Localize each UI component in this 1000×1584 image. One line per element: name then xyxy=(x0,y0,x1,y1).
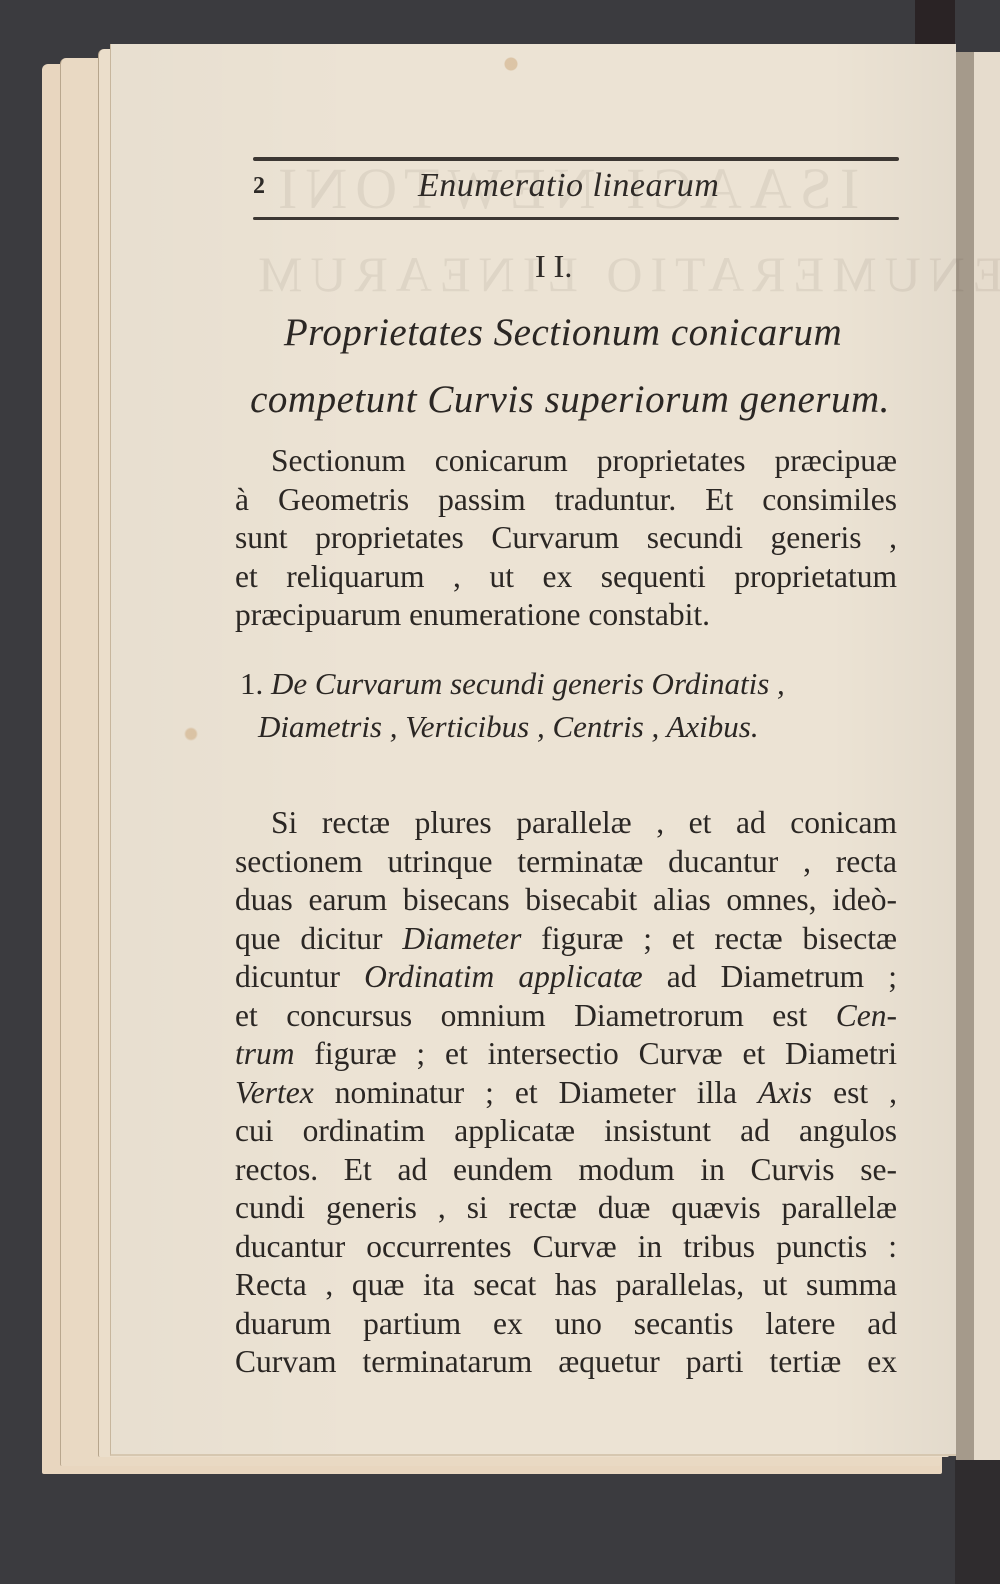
text-run: est , xyxy=(812,1075,897,1110)
text-line: à Geometris passim traduntur. Et consimi… xyxy=(235,481,897,520)
text-line: et reliquarum , ut ex sequenti proprieta… xyxy=(235,558,897,597)
section-title-line: Proprietates Sectionum conicarum xyxy=(258,310,868,355)
text-line: Recta , quæ ita secat has parallelas, ut… xyxy=(235,1266,897,1305)
binding-shadow-bottom xyxy=(955,1460,1000,1584)
text-run: dicuntur xyxy=(235,959,364,994)
text-line: et concursus omnium Diametrorum est Cen- xyxy=(235,997,897,1036)
text-line: duarum partium ex uno secantis latere ad xyxy=(235,1305,897,1344)
running-head: 2 Enumeratio linearum xyxy=(253,163,899,213)
section-number: I I. xyxy=(535,248,572,285)
text-run: figuræ ; et intersectio Curvæ et Diametr… xyxy=(295,1036,897,1071)
item-heading: Diametris , Verticibus , Centris , Axibu… xyxy=(258,706,918,748)
show-through-text: ENUMERATIO LINEARUM xyxy=(250,245,1000,303)
text-run: nominatur ; et Diameter illa xyxy=(314,1075,758,1110)
text-line: Sectionum conicarum proprietates præcipu… xyxy=(235,442,897,481)
text-line: rectos. Et ad eundem modum in Curvis se- xyxy=(235,1151,897,1190)
text-run: ad Diametrum ; xyxy=(643,959,897,994)
term-centrum: Cen- xyxy=(836,998,897,1033)
text-line: trum figuræ ; et intersectio Curvæ et Di… xyxy=(235,1035,897,1074)
text-line: Curvam terminatarum æquetur parti tertiæ… xyxy=(235,1343,897,1382)
term-diameter: Diameter xyxy=(402,921,521,956)
term-centrum: trum xyxy=(235,1036,295,1071)
text-line: sectionem utrinque terminatæ ducantur , … xyxy=(235,843,897,882)
text-run: et concursus omnium Diametrorum est xyxy=(235,998,836,1033)
section-title-line: competunt Curvis superiorum generum. xyxy=(240,377,900,422)
item-heading-text: De Curvarum secundi generis Ordinatis , xyxy=(271,666,785,701)
text-line: duas earum bisecans bisecabit alias omne… xyxy=(235,881,897,920)
text-line: Si rectæ plures parallelæ , et ad conica… xyxy=(235,804,897,843)
text-line: dicuntur Ordinatim applicatæ ad Diametru… xyxy=(235,958,897,997)
term-axis: Axis xyxy=(758,1075,812,1110)
text-line: cui ordinatim applicatæ insistunt ad ang… xyxy=(235,1112,897,1151)
running-title: Enumeratio linearum xyxy=(418,167,719,205)
text-line: que dicitur Diameter figuræ ; et rectæ b… xyxy=(235,920,897,959)
paragraph-intro: Sectionum conicarum proprietates præcipu… xyxy=(235,442,897,635)
item-heading: 1. De Curvarum secundi generis Ordinatis… xyxy=(240,663,900,705)
item-heading-text: Diametris , Verticibus , Centris , Axibu… xyxy=(258,709,759,744)
text-run: que dicitur xyxy=(235,921,402,956)
term-ordinatim-applicatae: Ordinatim applicatæ xyxy=(364,959,642,994)
text-line: sunt proprietates Curvarum secundi gener… xyxy=(235,519,897,558)
page-number: 2 xyxy=(253,173,265,200)
text-line: ducantur occurrentes Curvæ in tribus pun… xyxy=(235,1228,897,1267)
paragraph-diameters: Si rectæ plures parallelæ , et ad conica… xyxy=(235,804,897,1382)
text-run: figuræ ; et rectæ bisectæ xyxy=(521,921,897,956)
item-number: 1. xyxy=(240,666,263,701)
text-line: præcipuarum enumeratione constabit. xyxy=(235,596,897,635)
term-vertex: Vertex xyxy=(235,1075,314,1110)
binding-shadow xyxy=(915,0,955,50)
header-rule-bottom xyxy=(253,217,899,220)
text-line: cundi generis , si rectæ duæ quævis para… xyxy=(235,1189,897,1228)
text-line: Vertex nominatur ; et Diameter illa Axis… xyxy=(235,1074,897,1113)
header-rule-top xyxy=(253,157,899,161)
